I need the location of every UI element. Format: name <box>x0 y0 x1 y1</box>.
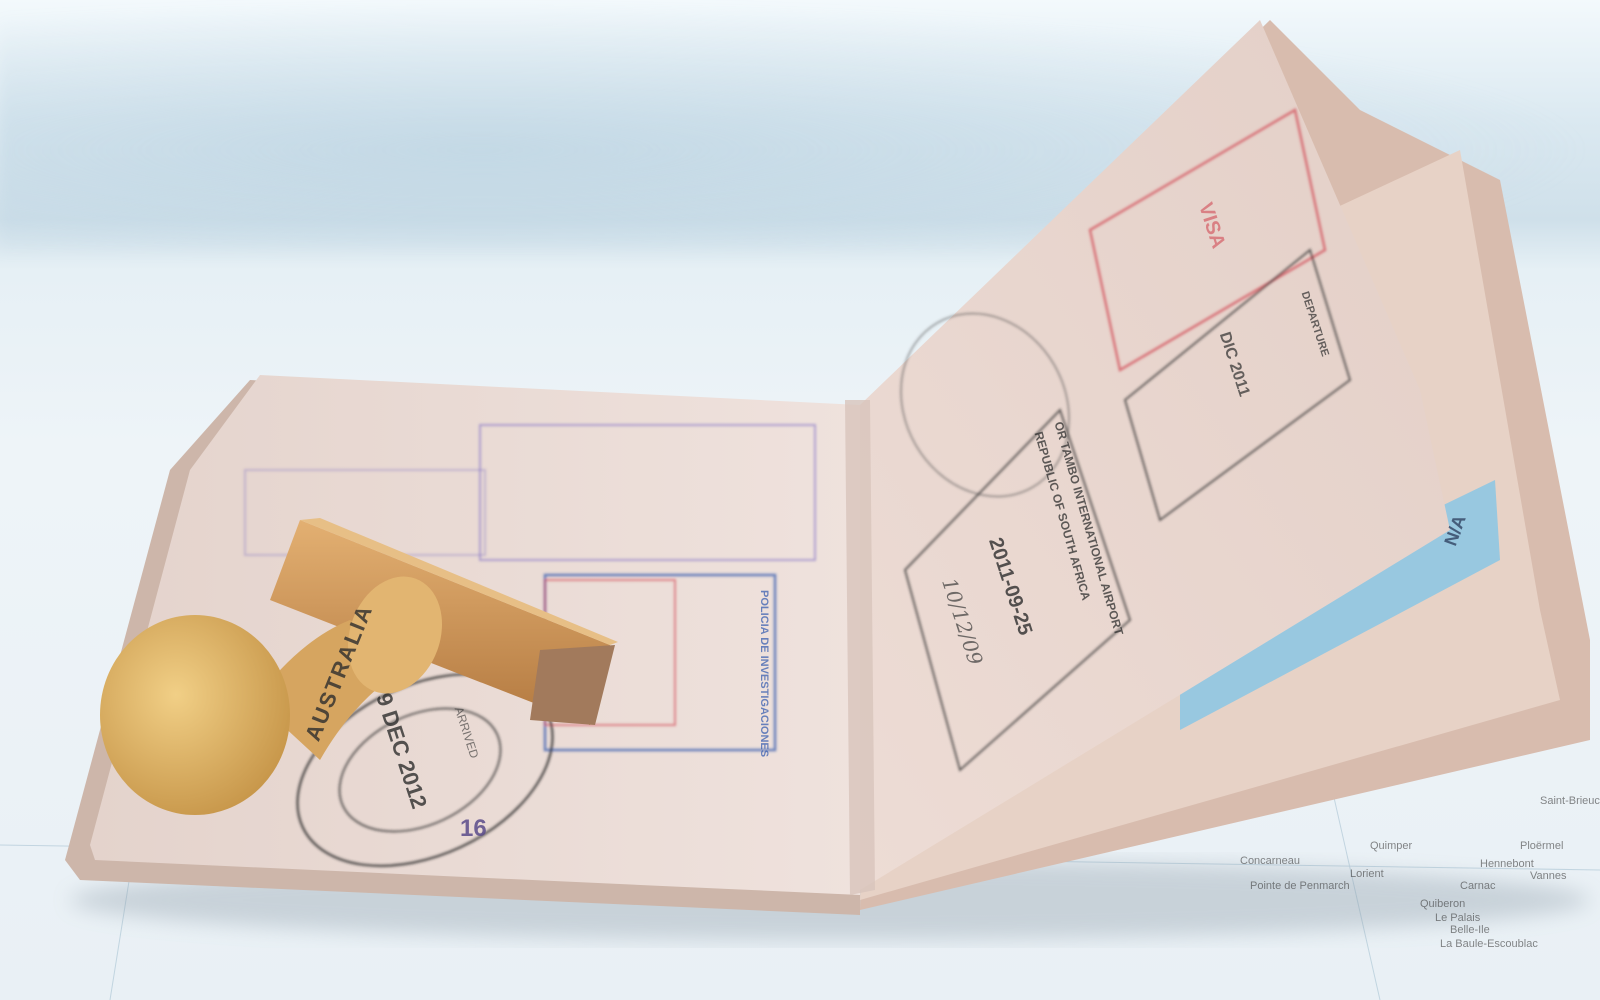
map-label: La Baule-Escoublac <box>1440 938 1538 950</box>
map-labels: Quimper Concarneau Lorient Hennebont Van… <box>1240 800 1600 1000</box>
map-label: Hennebont <box>1480 858 1534 870</box>
map-label: Belle-Ile <box>1450 924 1490 936</box>
map-label: Carnac <box>1460 880 1495 892</box>
map-label: Le Palais <box>1435 912 1480 924</box>
photo-scene: 16 AUSTRALIA 9 DEC 2012 ARRIVED POLICIA … <box>0 0 1600 1000</box>
map-label: Lorient <box>1350 868 1384 880</box>
map-label: Quimper <box>1370 840 1412 852</box>
map-label: Vannes <box>1530 870 1567 882</box>
investigaciones-stamp-text: POLICIA DE INVESTIGACIONES <box>758 590 770 757</box>
map-label: Ploërmel <box>1520 840 1563 852</box>
map-label: Pointe de Penmarch <box>1250 880 1350 892</box>
map-label: Saint-Brieuc <box>1540 795 1600 807</box>
page-number: 16 <box>460 815 487 843</box>
map-label: Concarneau <box>1240 855 1300 867</box>
map-label: Quiberon <box>1420 898 1465 910</box>
